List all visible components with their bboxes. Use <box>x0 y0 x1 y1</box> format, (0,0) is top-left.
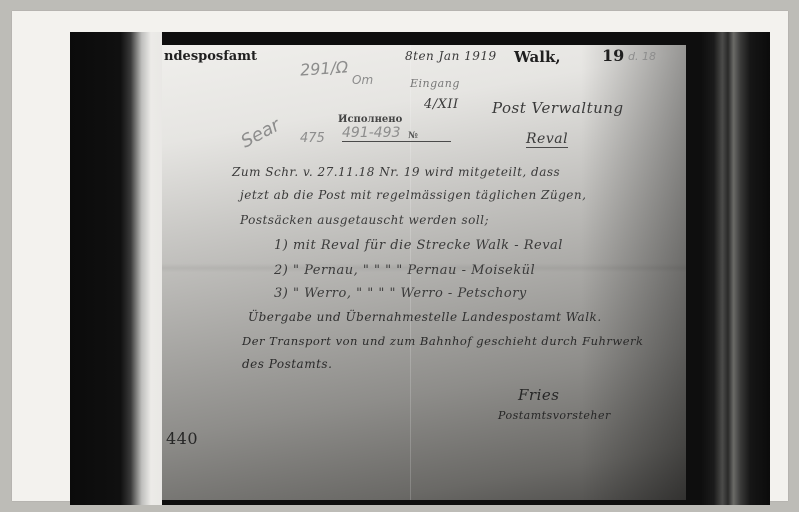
body-line-9: des Postamts. <box>242 357 332 371</box>
body-line-4: 1) mit Reval für die Strecke Walk - Reva… <box>274 238 563 253</box>
body-line-5: 2) " Pernau, " " " " Pernau - Moisekül <box>274 263 535 278</box>
letterhead-stamp: ndesposfamt <box>164 49 257 64</box>
place-stamp: Walk, <box>514 48 561 66</box>
pencil-reference-top: 291/Ω <box>299 57 348 79</box>
signature-title: Postamtsvorsteher <box>498 409 611 422</box>
handwritten-date: 8ten Jan 1919 <box>405 49 497 63</box>
pencil-number: 475 <box>300 131 325 146</box>
left-dark-edge <box>70 32 162 505</box>
addressee-line-2: Reval <box>526 131 568 148</box>
photo-mount-card: ndesposfamt 291/Ω Om Sear 8ten Jan 1919 … <box>12 11 788 501</box>
signature: Fries <box>518 386 559 404</box>
right-dark-edge <box>700 32 770 505</box>
body-line-6: 3) " Werro, " " " " Werro - Petschory <box>274 286 527 301</box>
received-label: Eingang <box>410 77 460 90</box>
handwritten-letter: ndesposfamt 291/Ω Om Sear 8ten Jan 1919 … <box>162 45 686 500</box>
body-line-2: jetzt ab die Post mit regelmässigen tägl… <box>240 188 586 202</box>
body-line-8: Der Transport von und zum Bahnhof geschi… <box>242 334 644 348</box>
addressee-line-1: Post Verwaltung <box>492 99 624 117</box>
response-numbers: 491-493 <box>342 125 451 142</box>
pencil-note: Om <box>352 73 373 87</box>
body-line-3: Postsäcken ausgetauscht werden soll; <box>240 213 489 227</box>
margin-number: 440 <box>166 429 198 448</box>
date-suffix: d. 18 <box>628 50 656 63</box>
response-stamp: Исполнено <box>338 114 402 125</box>
body-line-1: Zum Schr. v. 27.11.18 Nr. 19 wird mitget… <box>232 165 560 179</box>
pencil-margin-note: Sear <box>237 115 283 153</box>
reference-date: 4/XII <box>424 97 459 112</box>
archival-photograph: ndesposfamt 291/Ω Om Sear 8ten Jan 1919 … <box>70 32 770 505</box>
number-sign: № <box>408 131 418 141</box>
year-stamp: 19 <box>602 46 624 65</box>
body-line-7: Übergabe und Übernahmestelle Landesposta… <box>248 310 602 324</box>
